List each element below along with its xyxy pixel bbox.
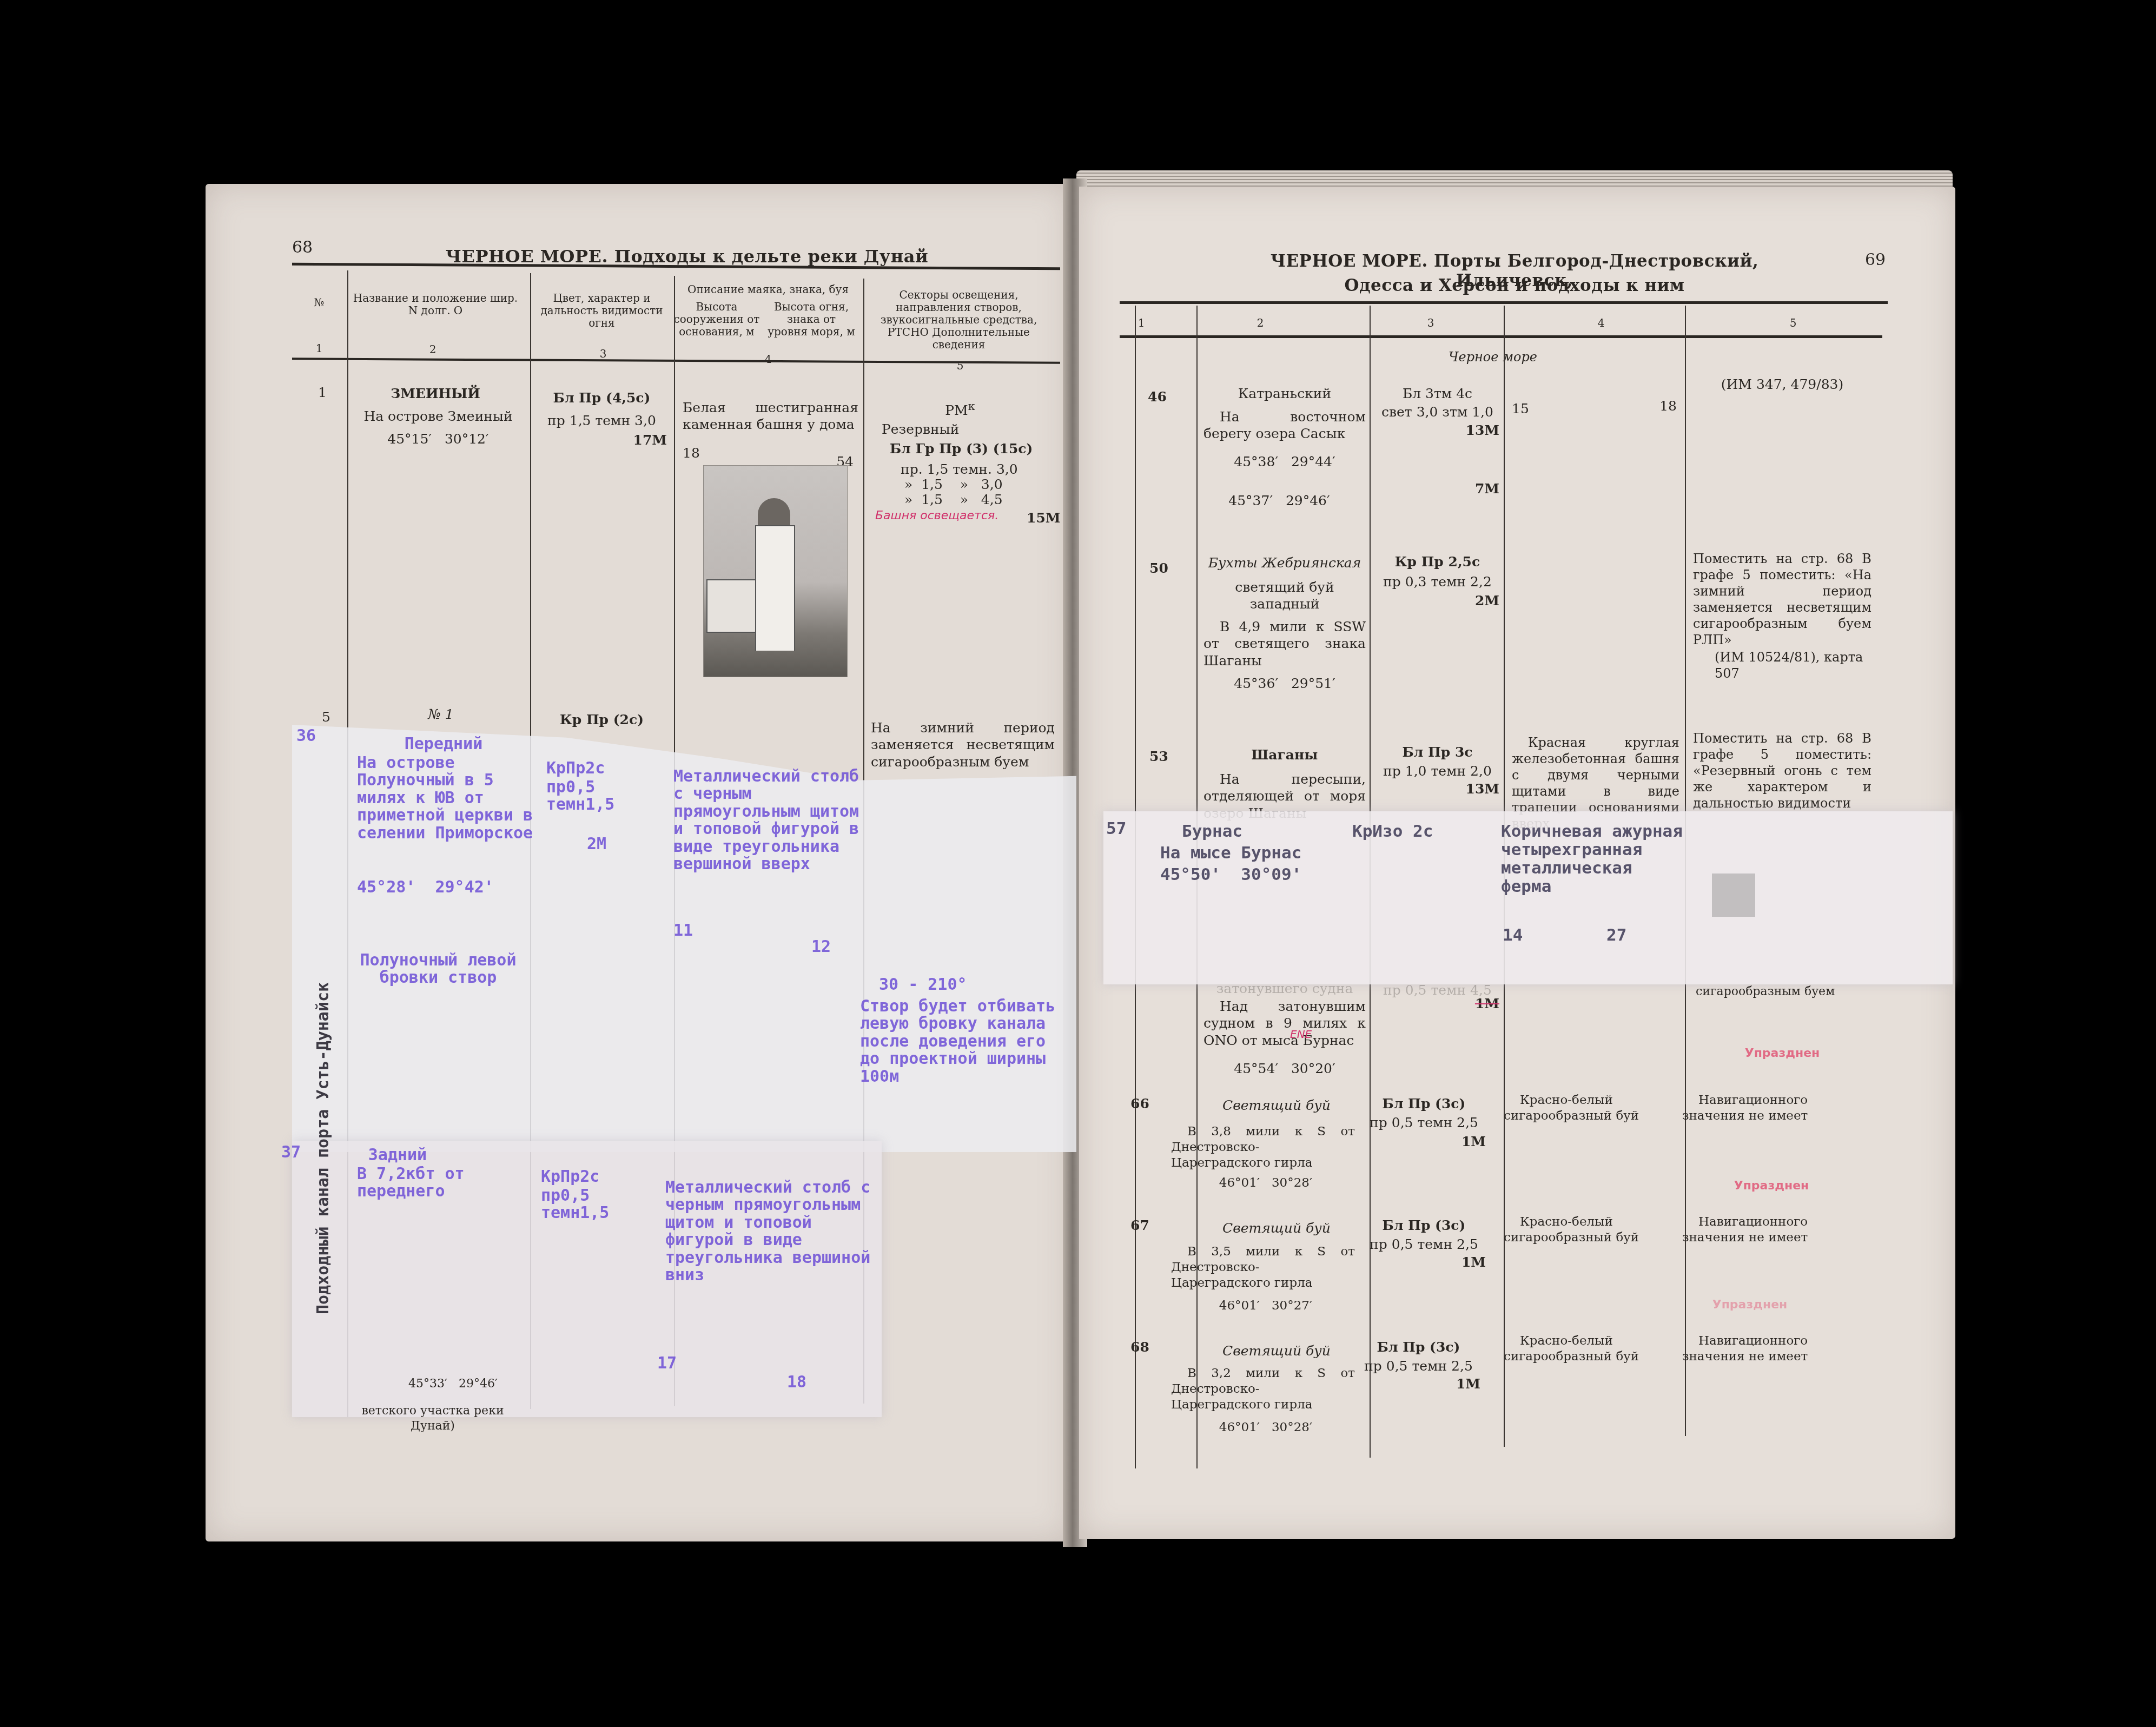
structure-height: 14 (1503, 926, 1523, 944)
light-range: 13М (1374, 422, 1499, 439)
light-character: КрПр2с (546, 760, 605, 777)
entry-location-tail: ветского участка реки Дунай) (352, 1404, 514, 1433)
entry-location: В 3,2 мили к S от Днестровско-Цареградск… (1171, 1366, 1355, 1412)
structure-height: 11 (673, 922, 693, 939)
light-phases: пр 1,0 темн 2,0 (1374, 763, 1501, 779)
light-range: 13М (1374, 780, 1499, 797)
light-range: 2М (587, 836, 606, 853)
racon-label: РМк (874, 399, 1047, 419)
entry-remarks: Навигационного значения не имеет (1682, 1333, 1855, 1365)
racon-superscript: к (968, 400, 975, 413)
light-character: Бл Пр (3с) (1360, 1095, 1487, 1112)
entry-coords: 45°33′ 29°46′ (408, 1377, 498, 1392)
entry-name: Бухты Жебриянская (1203, 554, 1366, 571)
entry-coords: 45°15′ 30°12′ (352, 431, 525, 447)
light-phases: пр0,5 темн1,5 (546, 779, 633, 814)
light-range: 1М (1355, 1375, 1480, 1392)
light-range: 1М (1374, 995, 1499, 1012)
entry-location: В 7,2кбт от переднего (357, 1166, 530, 1201)
structure-height: 17 (657, 1355, 677, 1372)
light-character: Кр Пр (2с) (533, 711, 671, 728)
light-height: 12 (811, 938, 831, 956)
light-height: 18 (787, 1374, 806, 1391)
entry-remarks: Поместить на стр. 68 В графе 5 поместить… (1693, 551, 1871, 648)
entry-remarks: Навигационного значения не имеет (1682, 1214, 1855, 1246)
entry-number: 36 (296, 727, 316, 745)
entry-location: В 3,8 мили к S от Днестровско-Цареградск… (1171, 1124, 1355, 1170)
light-character: Кр Пр 2,5с (1374, 553, 1501, 570)
entry-coords: 45°36′ 29°51′ (1203, 675, 1366, 692)
entry-name-tail: затонувшего судна (1203, 980, 1366, 997)
light-height: 27 (1606, 926, 1626, 944)
entry-coords: 45°50' 30°09' (1160, 865, 1301, 884)
light-range: 17М (533, 432, 667, 448)
col-header-height-light: Высота огня, знака от уровня моря, м (765, 301, 857, 338)
entry-coords: 45°37′ 29°46′ (1203, 492, 1355, 509)
right-running-head-line2: Одесса и Херсон и подходы к ним (1217, 276, 1812, 295)
entry-remarks-ref: (ИМ 10524/81), карта 507 (1715, 649, 1871, 681)
light-phases: пр0,5 темн1,5 (541, 1187, 633, 1222)
reserve-label: Резервный (882, 421, 959, 438)
structure-description: Красно-белый сигарообразный буй (1504, 1214, 1671, 1246)
entry-number: 50 (1149, 560, 1168, 577)
light-character: КрПр2с (541, 1168, 599, 1186)
lighthouse-photo (703, 465, 848, 677)
col-header-name: Название и положение шир. N долг. О (352, 292, 519, 317)
header-rule (1120, 335, 1882, 338)
left-page-number: 68 (292, 238, 313, 257)
entry-remarks: На зимний период заменяется несветящим с… (871, 719, 1055, 770)
entry-number: 66 (1130, 1095, 1149, 1112)
reserve-phase: » 1,5 » 3,0 (904, 476, 1003, 493)
entry-name: № 1 (352, 706, 530, 723)
open-book: 68 ЧЕРНОЕ МОРЕ. Подходы к дельте реки Ду… (0, 0, 2156, 1727)
entry-number: 67 (1130, 1217, 1149, 1234)
col-header-height-structure: Высота сооружения от основания, м (673, 301, 760, 338)
light-phases: пр 0,3 темн 2,2 (1374, 573, 1501, 590)
entry-coords: 46°01′ 30°28′ (1187, 1175, 1344, 1191)
entry-coords: 45°28' 29°42' (357, 879, 494, 896)
structure-description: Металлический столб с черным прямоугольн… (665, 1179, 871, 1284)
reserve-light: Бл Гр Пр (3) (15с) (890, 440, 1033, 457)
entry-number: 57 (1106, 819, 1126, 838)
entry-name: Светящий буй (1198, 1342, 1355, 1359)
light-range: 2М (1374, 592, 1499, 609)
light-phases: пр 0,5 темн 2,5 (1360, 1236, 1487, 1253)
reserve-range: 15М (1027, 510, 1060, 526)
col-header-remarks: Секторы освещения, направления створов, … (865, 289, 1052, 351)
entry-location: В 4,9 мили к SSW от светящего знака Шага… (1203, 618, 1366, 669)
entry-location: Над затонувшим судном в 9 милях к ONO от… (1203, 998, 1366, 1049)
entry-name: Светящий буй (1198, 1097, 1355, 1114)
entry-name: Задний (357, 1147, 438, 1164)
col-number: 3 (1423, 316, 1439, 329)
entry-remarks-tail: сигарообразным буем (1696, 984, 1874, 1000)
entry-remarks: (ИМ 347, 479/83) (1693, 376, 1871, 393)
header-rule (1120, 301, 1888, 304)
keeper-house (706, 579, 760, 633)
col-number: 1 (308, 342, 330, 355)
structure-description: Белая шестигранная каменная башня у дома (683, 399, 858, 433)
structure-height: 18 (683, 445, 700, 461)
light-character: Бл Пр (3с) (1360, 1217, 1487, 1234)
light-range: 1М (1360, 1254, 1486, 1271)
light-character: Бл Пр (3с) (1355, 1339, 1482, 1355)
light-character: КрИзо 2с (1352, 822, 1433, 841)
light-phases: свет 3,0 зтм 1,0 (1374, 403, 1501, 420)
entry-remarks: Навигационного значения не имеет (1682, 1093, 1855, 1124)
col-number: 2 (422, 343, 444, 356)
structure-description: Коричневая ажурная четырехгранная металл… (1501, 822, 1685, 896)
section-title: Черное море (1385, 349, 1601, 365)
entry-name: Светящий буй (1198, 1220, 1355, 1236)
entry-name: Шаганы (1203, 746, 1366, 763)
light-phases: пр 0,5 темн 2,5 (1360, 1114, 1487, 1131)
abolished-stamp: Упразднен (1661, 1298, 1839, 1312)
alignment-note: Полуночный левой бровки створ (357, 952, 519, 987)
structure-description: Красно-белый сигарообразный буй (1504, 1093, 1671, 1124)
entry-location: На восточном берегу озера Сасык (1203, 408, 1366, 442)
col-number: 4 (1593, 316, 1609, 329)
entry-number: 1 (318, 384, 327, 401)
entry-location: На мысе Бурнас (1160, 844, 1301, 862)
entry-coords: 45°38′ 29°44′ (1203, 453, 1366, 470)
light-height: 18 (1623, 398, 1677, 414)
entry-name: Катраньский (1203, 385, 1366, 402)
entry-name: ЗМЕИНЫЙ (352, 385, 519, 402)
col-header-light: Цвет, характер и дальность видимости огн… (533, 292, 671, 329)
lighthouse-tower (755, 525, 795, 651)
entry-coords: 46°01′ 30°28′ (1187, 1420, 1344, 1435)
entry-name: Передний (357, 736, 530, 753)
light-range: 7М (1374, 480, 1499, 497)
light-phases: пр 0,5 темн 2,5 (1355, 1358, 1482, 1374)
entry-name: Бурнас (1182, 822, 1242, 841)
abolished-stamp: Упразднен (1682, 1179, 1861, 1193)
entry-remarks: Поместить на стр. 68 В графе 5 поместить… (1693, 730, 1871, 811)
racon-code: РМ (945, 402, 968, 418)
structure-height: 15 (1512, 400, 1529, 417)
vertical-section-label: Подходный канал порта Усть-Дунайск (314, 982, 333, 1314)
col-number: 2 (1252, 316, 1268, 329)
abolished-stamp: Упразднен (1693, 1047, 1871, 1060)
alignment-bearing: 30 - 210° (879, 976, 967, 994)
light-character: Бл Пр 3с (1374, 744, 1501, 760)
reserve-phase: пр. 1,5 темн. 3,0 (901, 461, 1018, 478)
col-number: 3 (592, 347, 614, 360)
light-character: Бл 3тм 4с (1374, 385, 1501, 402)
handwritten-note: Башня освещается. (875, 510, 1016, 522)
right-page-number: 69 (1865, 250, 1886, 269)
entry-coords: 46°01′ 30°27′ (1187, 1298, 1344, 1314)
entry-number: 53 (1149, 748, 1168, 765)
light-range: 1М (1360, 1133, 1486, 1150)
col-header-no: № (295, 296, 343, 309)
entry-location: На острове Полуночный в 5 милях к ЮВ от … (357, 755, 535, 842)
entry-number: 5 (322, 709, 330, 725)
entry-coords: 45°54′ 30°20′ (1203, 1060, 1366, 1077)
entry-number: 37 (281, 1144, 301, 1161)
light-character: Бл Пр (4,5с) (533, 389, 671, 406)
entry-number: 46 (1148, 388, 1167, 405)
lantern-room (758, 498, 790, 528)
handwritten-correction: ENE (1290, 1028, 1312, 1041)
entry-location: На острове Змеиный (352, 408, 525, 425)
entry-subtitle: светящий буй западный (1228, 579, 1341, 613)
col-header-description: Описание маяка, знака, буя (676, 283, 860, 296)
entry-number: 68 (1130, 1339, 1149, 1355)
faded-chart-thumbnail (1712, 874, 1755, 917)
structure-description: Металлический столб с черным прямоугольн… (673, 768, 868, 873)
alignment-remarks: Створ будет отбивать левую бровку канала… (860, 998, 1060, 1086)
entry-location: В 3,5 мили к S от Днестровско-Цареградск… (1171, 1244, 1355, 1291)
light-phases: пр 1,5 темн 3,0 (533, 412, 671, 429)
reserve-phase: » 1,5 » 4,5 (904, 491, 1003, 508)
structure-description: Красно-белый сигарообразный буй (1504, 1333, 1671, 1365)
col-number: 4 (757, 353, 779, 366)
col-number: 5 (1785, 316, 1801, 329)
